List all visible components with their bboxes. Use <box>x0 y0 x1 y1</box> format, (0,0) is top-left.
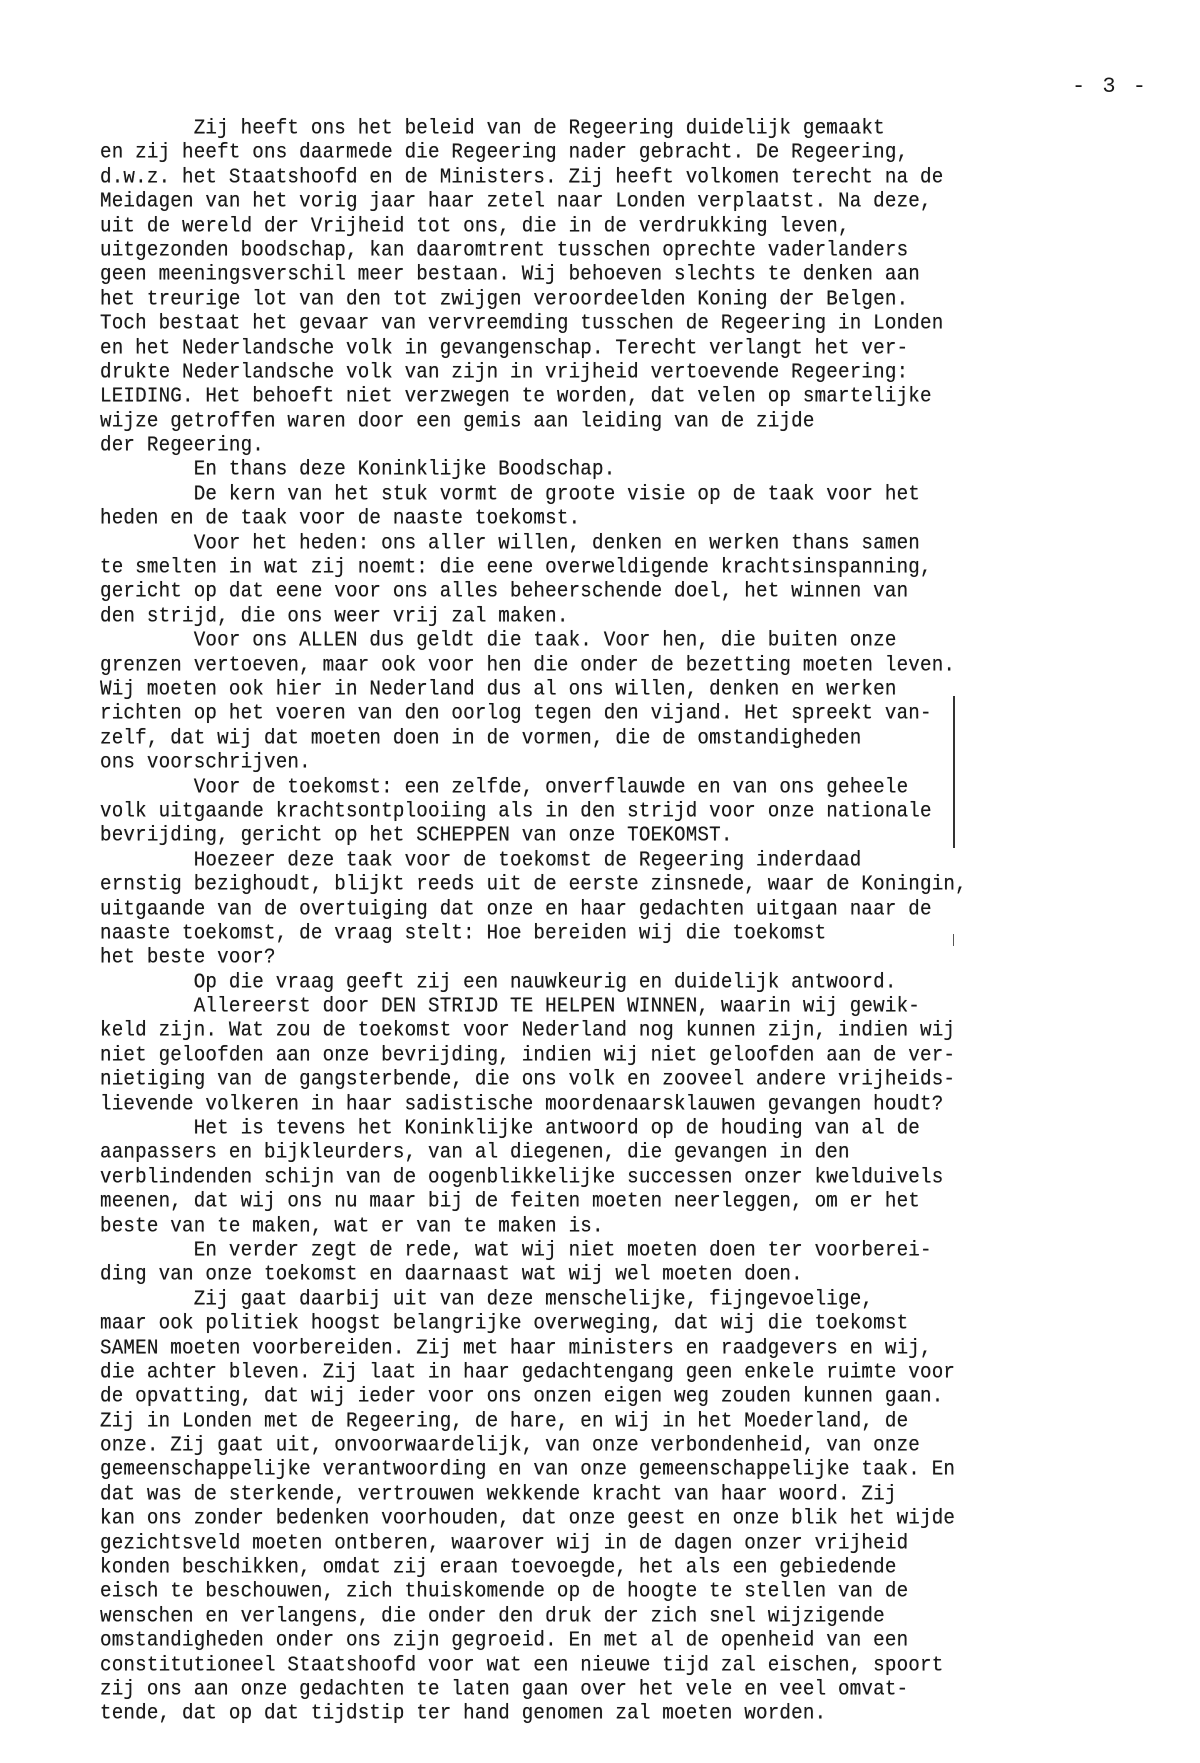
text-line: nietiging van de gangsterbende, die ons … <box>100 1066 1180 1093</box>
text-line: heden en de taak voor de naaste toekomst… <box>100 505 1180 532</box>
typewritten-body: Zij heeft ons het beleid van de Regeerin… <box>100 116 1180 1726</box>
text-line: en zij heeft ons daarmede die Regeering … <box>100 139 1180 166</box>
text-line: En thans deze Koninklijke Boodschap. <box>100 456 1180 483</box>
text-line: en het Nederlandsche volk in gevangensch… <box>100 334 1180 361</box>
text-line: Hoezeer deze taak voor de toekomst de Re… <box>100 846 1180 873</box>
text-line: Zij in Londen met de Regeering, de hare,… <box>100 1407 1180 1434</box>
text-line: Voor de toekomst: een zelfde, onverflauw… <box>100 773 1180 800</box>
text-line: Voor het heden: ons aller willen, denken… <box>100 529 1180 556</box>
text-line: gezichtsveld moeten ontberen, waarover w… <box>100 1529 1180 1556</box>
text-line: aanpassers en bijkleurders, van al diege… <box>100 1139 1180 1166</box>
text-line: Voor ons ALLEN dus geldt die taak. Voor … <box>100 627 1180 654</box>
text-line: zelf, dat wij dat moeten doen in de vorm… <box>100 724 1180 751</box>
text-line: geen meeningsverschil meer bestaan. Wij … <box>100 261 1180 288</box>
text-line: de opvatting, dat wij ieder voor ons onz… <box>100 1383 1180 1410</box>
text-line: tende, dat op dat tijdstip ter hand geno… <box>100 1700 1180 1727</box>
text-line: gemeenschappelijke verantwoording en van… <box>100 1456 1180 1483</box>
text-line: Zij gaat daarbij uit van deze menschelij… <box>100 1285 1180 1312</box>
text-line: meenen, dat wij ons nu maar bij de feite… <box>100 1188 1180 1215</box>
text-line: LEIDING. Het behoeft niet verzwegen te w… <box>100 383 1180 410</box>
text-line: d.w.z. het Staatshoofd en de Ministers. … <box>100 163 1180 190</box>
text-line: lievende volkeren in haar sadistische mo… <box>100 1090 1180 1117</box>
text-line: gericht op dat eene voor ons alles behee… <box>100 578 1180 605</box>
text-line: maar ook politiek hoogst belangrijke ove… <box>100 1310 1180 1337</box>
text-line: uit de wereld der Vrijheid tot ons, die … <box>100 212 1180 239</box>
text-line: ernstig bezighoudt, blijkt reeds uit de … <box>100 871 1180 898</box>
text-line: Op die vraag geeft zij een nauwkeurig en… <box>100 968 1180 995</box>
text-line: Meidagen van het vorig jaar haar zetel n… <box>100 188 1180 215</box>
text-line: het beste voor? <box>100 944 1180 971</box>
page-number: - 3 - <box>1072 74 1148 99</box>
margin-rule-mark-small <box>953 934 954 946</box>
text-line: eisch te beschouwen, zich thuiskomende o… <box>100 1578 1180 1605</box>
text-line: richten op het voeren van den oorlog teg… <box>100 700 1180 727</box>
margin-rule-mark <box>953 696 955 848</box>
text-line: keld zijn. Wat zou de toekomst voor Nede… <box>100 1017 1180 1044</box>
text-line: het treurige lot van den tot zwijgen ver… <box>100 285 1180 312</box>
text-line: grenzen vertoeven, maar ook voor hen die… <box>100 651 1180 678</box>
text-line: SAMEN moeten voorbereiden. Zij met haar … <box>100 1334 1180 1361</box>
text-line: constitutioneel Staatshoofd voor wat een… <box>100 1651 1180 1678</box>
text-line: uitgaande van de overtuiging dat onze en… <box>100 895 1180 922</box>
text-line: beste van te maken, wat er van te maken … <box>100 1212 1180 1239</box>
text-line: omstandigheden onder ons zijn gegroeid. … <box>100 1627 1180 1654</box>
text-line: wijze getroffen waren door een gemis aan… <box>100 407 1180 434</box>
text-line: kan ons zonder bedenken voorhouden, dat … <box>100 1505 1180 1532</box>
text-line: ons voorschrijven. <box>100 749 1180 776</box>
text-line: Toch bestaat het gevaar van vervreemding… <box>100 310 1180 337</box>
text-line: ding van onze toekomst en daarnaast wat … <box>100 1261 1180 1288</box>
text-line: bevrijding, gericht op het SCHEPPEN van … <box>100 822 1180 849</box>
